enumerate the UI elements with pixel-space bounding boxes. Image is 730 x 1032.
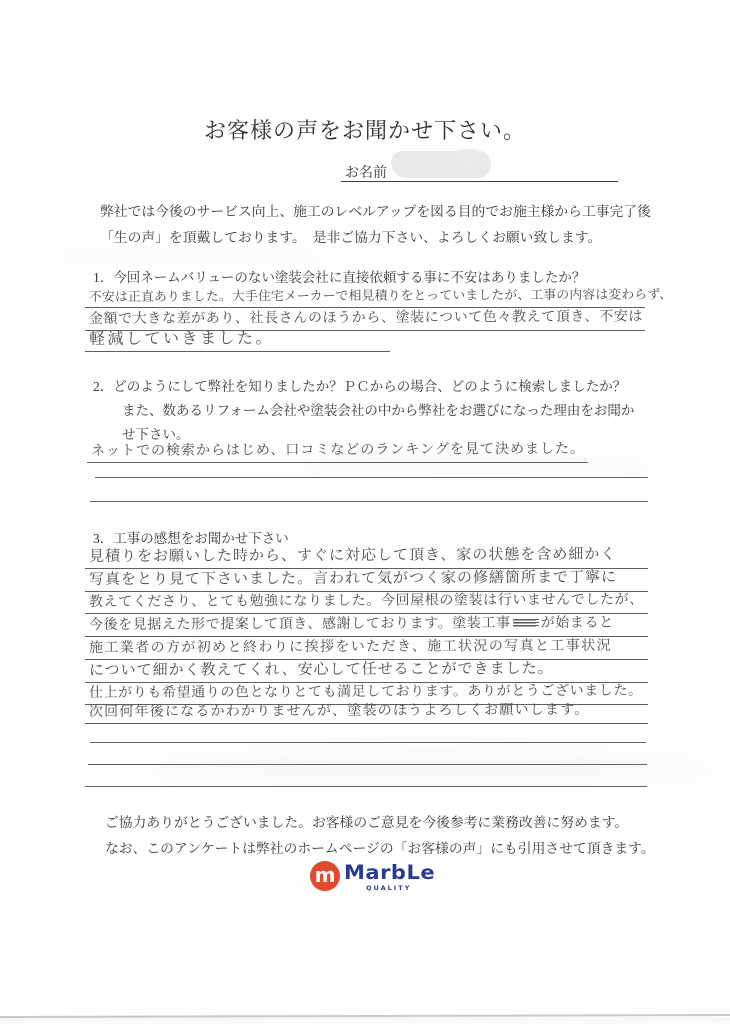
- intro-line-2: 「生の声」を頂戴しております。 是非ご協力下さい、よろしくお願い致します。: [100, 226, 601, 246]
- q1-handwritten-answer-1: 不安は正直ありました。大手住宅メーカーで相見積りをとっていましたが、工事の内容は…: [89, 283, 672, 305]
- q3-handwritten-answer-8: 次回何年後になるかわかりませんが、塗装のほうよろしくお願いします。: [89, 699, 590, 721]
- intro-line-1: 弊社では今後のサービス向上、施工のレベルアップを図る目的でお施主様から工事完了後: [100, 200, 651, 220]
- name-redaction-blob: [391, 151, 491, 178]
- scan-paper-edge-shadow: [0, 1017, 730, 1027]
- q2-blank-line-1: [95, 477, 648, 478]
- scan-smudge: [40, 248, 340, 264]
- scan-smudge: [300, 452, 650, 478]
- q1-answer-line-3: 軽減していきました。: [85, 327, 390, 352]
- closing-line-2: なお、このアンケートは弊社のホームページの「お客様の声」にも引用させて頂きます。: [105, 837, 655, 857]
- q1-answer-line-1: 不安は正直ありました。大手住宅メーカーで相見積りをとっていましたが、工事の内容は…: [85, 283, 645, 308]
- scan-smudge: [150, 748, 710, 790]
- marble-logo-brand-text: MarbLe: [344, 861, 435, 884]
- page-title: お客様の声をお聞かせ下さい。: [0, 114, 730, 145]
- q3-handwritten-answer-5: 施工業者の方が初めと終わりに挨拶をいただき、施工状況の写真と工事状況: [89, 635, 612, 657]
- q3-handwritten-answer-4: 今後を見据えた形で提案して頂き、感謝しております。塗装工事が始まると: [89, 612, 614, 634]
- q3-answer-line-8: 次回何年後になるかわかりませんが、塗装のほうよろしくお願いします。: [85, 698, 648, 724]
- q3-handwritten-answer-2: 写真をとり見て下さいました。言われて気がつく家の修繕箇所まで丁寧に: [89, 566, 617, 589]
- q3-handwritten-answer-3: 教えてくださり、とても勉強になりました。今回屋根の塗装は行いませんでしたが、: [89, 589, 644, 611]
- name-label: お名前: [345, 162, 387, 182]
- scanned-questionnaire-page: お客様の声をお聞かせ下さい。 お名前 弊社では今後のサービス向上、施工のレベルア…: [0, 0, 730, 1032]
- question-2-line-2: また、数あるリフォーム会社や塗装会社の中から弊社をお選びになった理由をお聞か: [122, 399, 634, 419]
- q3-answer-4-after: が始まると: [541, 615, 614, 631]
- marble-logo-icon: m: [310, 861, 340, 891]
- q2-blank-line-2: [90, 501, 648, 502]
- closing-line-1: ご協力ありがとうございました。お客様のご意見を今後参考に業務改善に努めます。: [105, 811, 628, 831]
- q3-answer-4-before: 今後を見据えた形で提案して頂き、感謝しております。塗装工事: [89, 615, 511, 633]
- strikeout-scribble: [513, 619, 539, 628]
- q3-handwritten-answer-6: について細かく教えてくれ、安心して任せることができました。: [89, 657, 554, 680]
- q3-blank-line-1: [90, 742, 646, 743]
- marble-logo-tagline: QUALITY: [366, 884, 411, 892]
- q1-handwritten-answer-3: 軽減していきました。: [89, 325, 274, 349]
- q1-handwritten-answer-2: 金額で大きな差があり、社長さんのほうから、塗装について色々教えて頂き、不安は: [89, 306, 643, 328]
- question-2-line-1: 2．どのようにして弊社を知りましたか？ＰＣからの場合、どのように検索しましたか？: [93, 375, 626, 395]
- q3-handwritten-answer-1: 見積りをお願いした時から、すぐに対応して頂き、家の状態を含め細かく: [89, 543, 616, 566]
